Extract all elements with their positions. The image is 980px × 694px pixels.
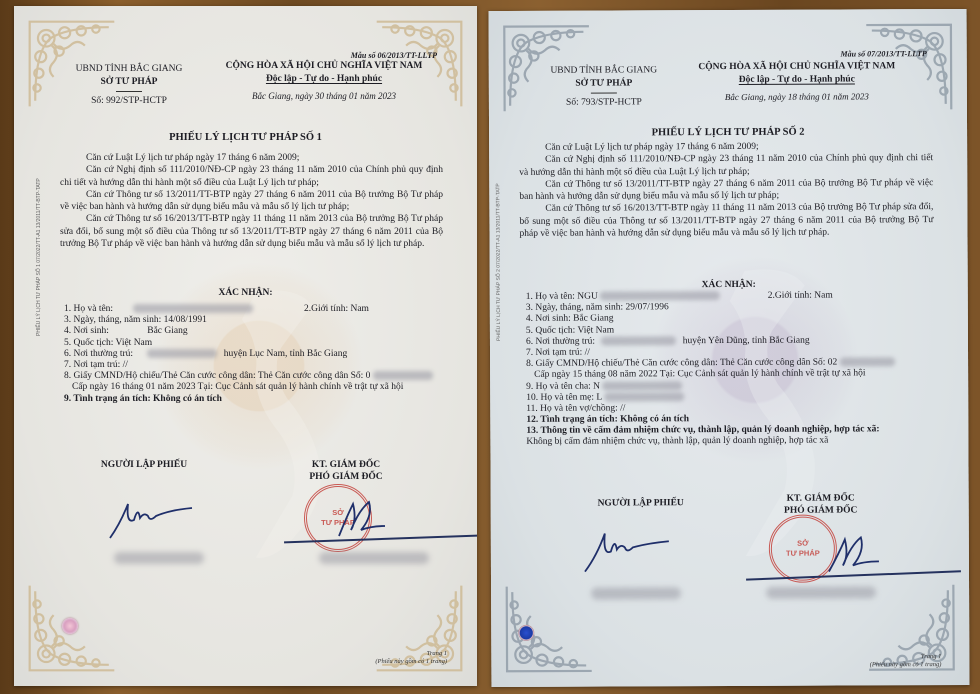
page-note: Trang 1 (Phiếu này gồm có 1 trang) xyxy=(375,650,447,666)
redacted-id-number xyxy=(373,371,433,380)
confirmation-heading: XÁC NHẬN: xyxy=(490,279,968,291)
national-motto: Độc lập - Tự do - Hạnh phúc xyxy=(204,73,444,86)
issuing-agency: UBND TỈNH BẮC GIANG SỞ TƯ PHÁP Số: 793/S… xyxy=(539,64,669,110)
side-serial-text: PHIẾU LÝ LỊCH TƯ PHÁP SỐ 2 07/2022/TT-A1… xyxy=(495,183,502,341)
redacted-approver-name xyxy=(766,586,876,598)
approver-title: KT. GIÁM ĐỐC PHÓ GIÁM ĐỐC xyxy=(761,492,881,517)
field-ban-value: Không bị cấm đảm nhiệm chức vụ, thành lậ… xyxy=(526,436,938,449)
document-title: PHIẾU LÝ LỊCH TƯ PHÁP SỐ 1 xyxy=(14,132,477,143)
national-header: CỘNG HÒA XÃ HỘI CHỦ NGHĨA VIỆT NAM Độc l… xyxy=(672,60,922,104)
field-birthplace: 4. Nơi sinh: Bắc Giang xyxy=(64,326,447,337)
document-number: Số: 793/STP-HCTP xyxy=(539,96,669,110)
side-serial-text: PHIẾU LÝ LỊCH TƯ PHÁP SỐ 1 07/2022/TT-A1… xyxy=(36,178,42,336)
preparer-signature-icon xyxy=(581,525,671,575)
personal-details: 1. Họ và tên: 2.Giới tính: Nam 3. Ngày, … xyxy=(64,304,447,405)
preparer-title: NGƯỜI LẬP PHIẾU xyxy=(571,497,711,510)
redacted-name xyxy=(133,304,253,313)
document-number: Số: 992/STP-HCTP xyxy=(64,95,194,108)
field-id-issued: Cấp ngày 16 tháng 01 năm 2023 Tại: Cục C… xyxy=(64,382,447,393)
form-code: Mẫu số 06/2013/TT-LLTP xyxy=(351,51,437,60)
redacted-approver-name xyxy=(319,552,429,564)
criminal-record-certificate-no1: Mẫu số 06/2013/TT-LLTP UBND TỈNH BẮC GIA… xyxy=(14,6,477,686)
document-title: PHIẾU LÝ LỊCH TƯ PHÁP SỐ 2 xyxy=(489,126,967,139)
approver-signature-icon xyxy=(821,531,881,581)
redacted-id-number xyxy=(840,358,895,367)
criminal-record-certificate-no2: Mẫu số 07/2013/TT-LLTP UBND TỈNH BẮC GIA… xyxy=(489,9,970,687)
field-residence: 6. Nơi thường trú: huyện Lục Nam, tỉnh B… xyxy=(64,349,447,360)
page-note: Trang 1 (Phiếu này gồm có 1 trang) xyxy=(870,653,942,669)
approver-title: KT. GIÁM ĐỐC PHÓ GIÁM ĐỐC xyxy=(286,459,406,483)
place-date: Bắc Giang, ngày 30 tháng 01 năm 2023 xyxy=(204,90,444,103)
redacted-mother-name xyxy=(604,392,684,401)
legal-basis: Căn cứ Luật Lý lịch tư pháp ngày 17 thán… xyxy=(519,140,933,240)
field-dob: 3. Ngày, tháng, năm sinh: 14/08/1991 xyxy=(64,315,447,326)
redacted-father-name xyxy=(602,381,682,390)
place-date: Bắc Giang, ngày 18 tháng 01 năm 2023 xyxy=(672,90,922,104)
redacted-preparer-name xyxy=(114,552,204,564)
preparer-signature-icon xyxy=(106,494,196,544)
legal-basis: Căn cứ Luật Lý lịch tư pháp ngày 17 thán… xyxy=(60,152,443,250)
field-criminal-status: 9. Tình trạng án tích: Không có án tích xyxy=(64,394,447,405)
divider xyxy=(116,91,142,92)
issuing-agency: UBND TỈNH BẮC GIANG SỞ TƯ PHÁP Số: 992/S… xyxy=(64,63,194,108)
form-code: Mẫu số 07/2013/TT-LLTP xyxy=(840,49,926,58)
redacted-name xyxy=(600,291,720,301)
field-gender: 2.Giới tính: Nam xyxy=(304,304,369,315)
field-nationality: 5. Quốc tịch: Việt Nam xyxy=(64,338,447,349)
national-motto: Độc lập - Tự do - Hạnh phúc xyxy=(672,73,922,87)
confirmation-heading: XÁC NHẬN: xyxy=(14,288,477,298)
redacted-address xyxy=(601,336,676,345)
redacted-preparer-name xyxy=(591,587,681,599)
hologram-seal-icon xyxy=(518,625,534,641)
personal-details: 1. Họ và tên: NGU 2.Giới tính: Nam 3. Ng… xyxy=(526,290,939,448)
national-header: CỘNG HÒA XÃ HỘI CHỦ NGHĨA VIỆT NAM Độc l… xyxy=(204,60,444,103)
field-id-document: 8. Giấy CMND/Hộ chiếu/Thẻ Căn cước công … xyxy=(64,371,447,382)
field-temp-residence: 7. Nơi tạm trú: // xyxy=(64,360,447,371)
hologram-seal-icon xyxy=(62,618,78,634)
field-gender: 2.Giới tính: Nam xyxy=(768,291,833,302)
field-full-name: 1. Họ và tên: 2.Giới tính: Nam xyxy=(64,304,447,315)
divider xyxy=(591,92,617,93)
preparer-title: NGƯỜI LẬP PHIẾU xyxy=(74,459,214,471)
approver-signature-icon xyxy=(329,496,389,546)
redacted-address xyxy=(147,349,217,358)
